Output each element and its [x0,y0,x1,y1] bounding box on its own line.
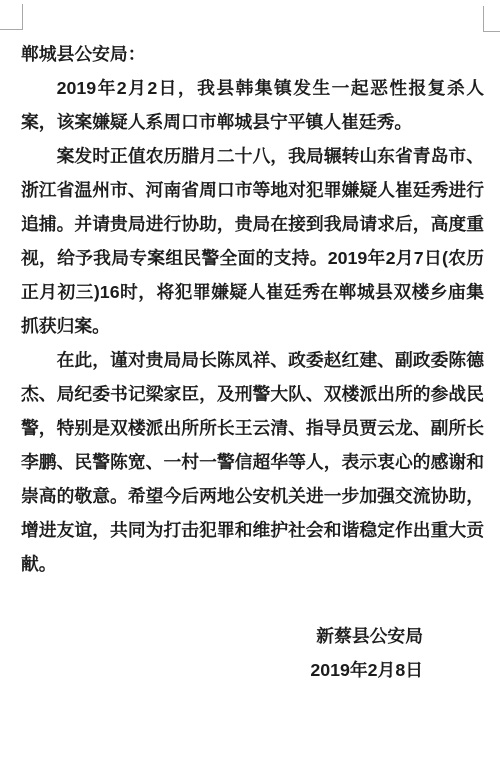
body-paragraph-1: 2019年2月2日，我县韩集镇发生一起恶性报复杀人案，该案嫌疑人系周口市郸城县宁… [21,71,484,139]
salutation: 郸城县公安局： [21,37,484,71]
signature-date: 2019年2月8日 [21,653,423,687]
body-paragraph-3: 在此，谨对贵局局长陈凤祥、政委赵红建、副政委陈德杰、局纪委书记梁家臣，及刑警大队… [21,343,484,581]
signature-block: 新蔡县公安局 2019年2月8日 [21,619,484,687]
letter-body: 郸城县公安局： 2019年2月2日，我县韩集镇发生一起恶性报复杀人案，该案嫌疑人… [21,37,484,687]
text-boundary-corner-top-right-mark [483,6,500,32]
text-boundary-corner-top-left-mark [0,4,23,30]
word-document-page: 郸城县公安局： 2019年2月2日，我县韩集镇发生一起恶性报复杀人案，该案嫌疑人… [0,0,500,771]
signature-organization: 新蔡县公安局 [21,619,423,653]
body-paragraph-2: 案发时正值农历腊月二十八，我局辗转山东省青岛市、浙江省温州市、河南省周口市等地对… [21,139,484,343]
